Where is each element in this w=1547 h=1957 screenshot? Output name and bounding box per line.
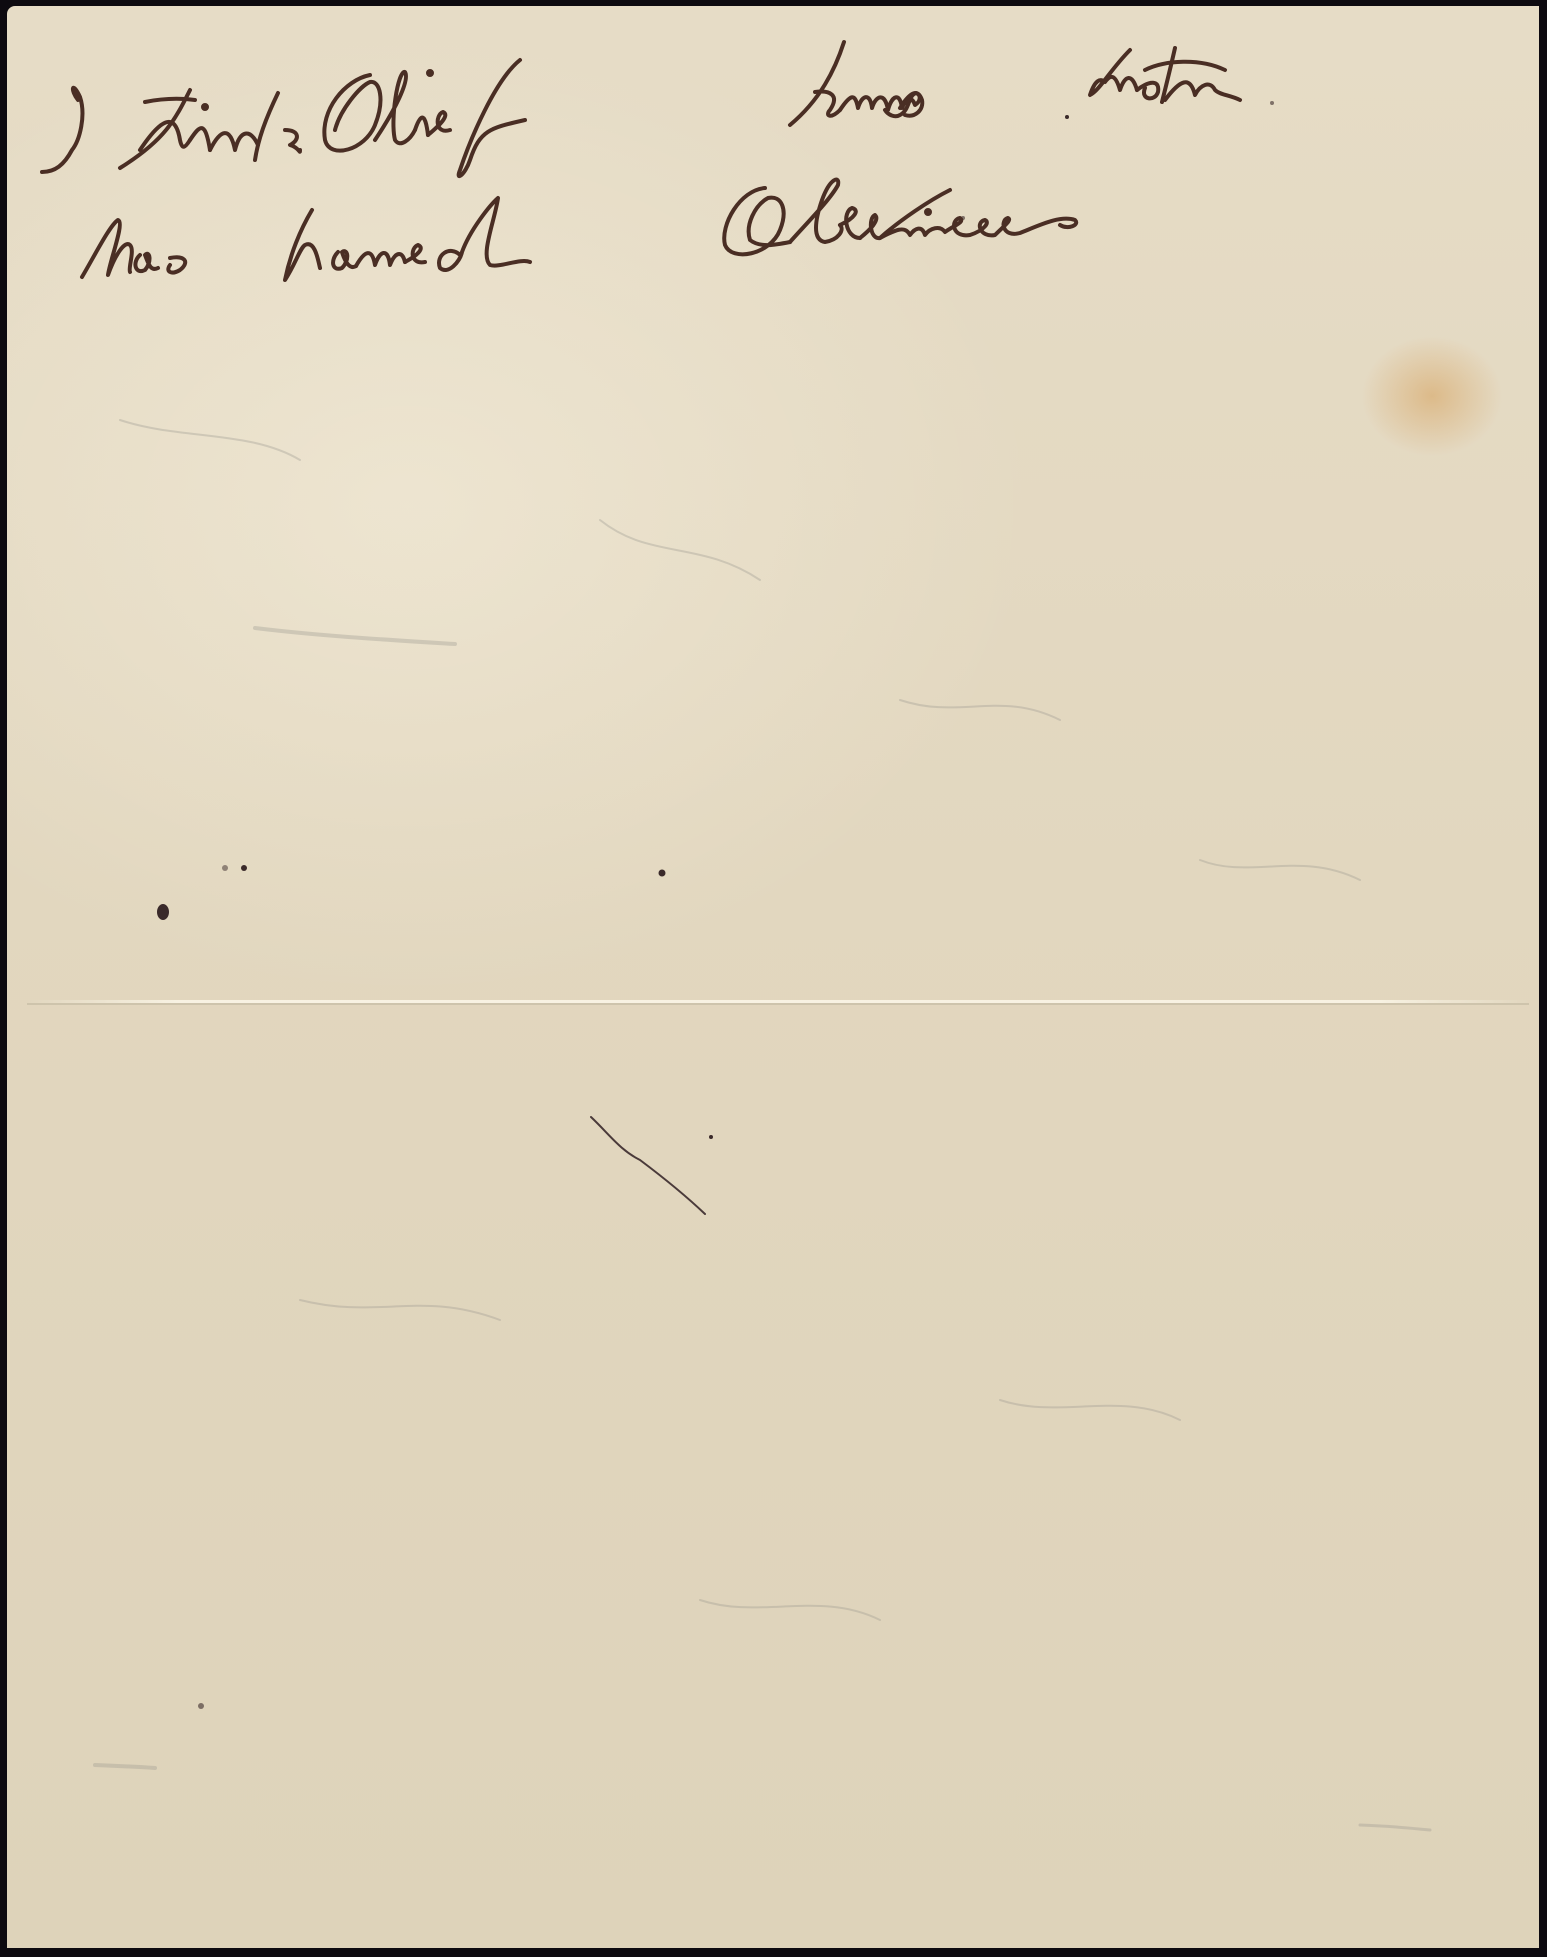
paper-specks [157,101,1274,1709]
handwriting-line-2 [82,180,1076,280]
bleed-through-marks [95,420,1430,1830]
paper-sheet: I think Olive Simms mother was named Obe… [7,6,1539,1948]
handwriting-line-1 [42,42,1240,176]
scratch-mark [591,1117,705,1214]
